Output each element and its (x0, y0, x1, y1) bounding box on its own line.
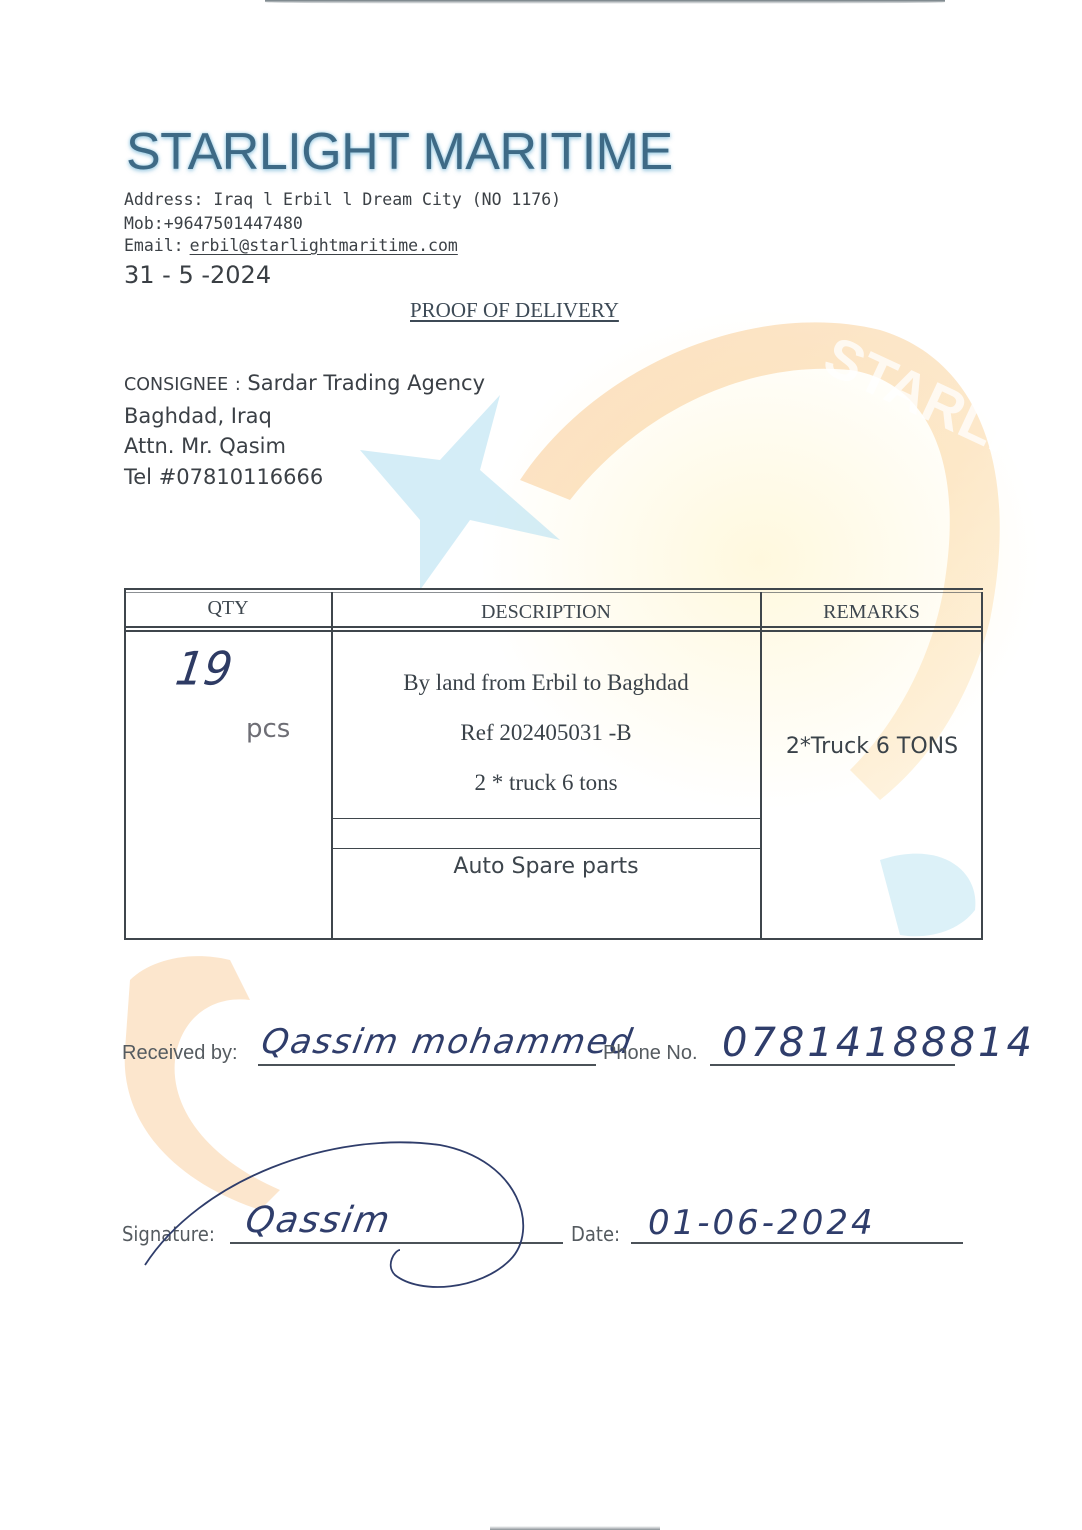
header-remarks: REMARKS (761, 592, 982, 632)
mobile-value: +9647501447480 (164, 214, 303, 233)
scan-edge-top (265, 0, 945, 4)
company-mobile: Mob:+9647501447480 (124, 214, 303, 233)
table-border-left (124, 588, 126, 940)
description-line-2: Ref 202405031 -B (332, 720, 760, 746)
consignee-name: Sardar Trading Agency (247, 371, 485, 395)
scan-edge-bottom (490, 1526, 660, 1530)
description-goods: Auto Spare parts (332, 854, 760, 879)
email-label: Email: (124, 236, 184, 255)
date-value[interactable]: 01-06-2024 (648, 1203, 876, 1243)
description-row-separator-2 (332, 848, 760, 849)
received-by-label: Received by: (122, 1042, 238, 1065)
header-qty: QTY (124, 588, 332, 628)
header-description: DESCRIPTION (332, 592, 760, 632)
description-row-separator-1 (332, 818, 760, 819)
company-email: Email:erbil@starlightmaritime.com (124, 236, 458, 255)
consignee-block: CONSIGNEE : Sardar Trading Agency Baghda… (124, 368, 485, 492)
signature-label: Signature: (122, 1222, 215, 1246)
table-border-right (981, 592, 983, 940)
signature-line (230, 1242, 563, 1244)
address-label: Address: (124, 190, 203, 209)
company-address: Address: Iraq l Erbil l Dream City (NO 1… (124, 190, 561, 209)
signature-value[interactable]: Qassim (242, 1200, 394, 1241)
received-by-value[interactable]: Qassim mohammed (258, 1022, 637, 1062)
consignee-name-line: CONSIGNEE : Sardar Trading Agency (124, 368, 485, 401)
document-date: 31 - 5 -2024 (124, 261, 271, 289)
address-value: Iraq l Erbil l Dream City (NO 1176) (213, 190, 561, 209)
received-by-line (258, 1064, 596, 1066)
consignee-separator: : (235, 375, 241, 395)
table-border-bottom (124, 938, 983, 940)
email-link[interactable]: erbil@starlightmaritime.com (184, 236, 458, 255)
column-separator-2 (760, 592, 762, 940)
remarks-value: 2*Truck 6 TONS (762, 734, 982, 759)
qty-value-handwritten: 19 (172, 643, 236, 697)
delivery-table: QTY DESCRIPTION REMARKS 19 pcs By land f… (124, 588, 983, 940)
consignee-tel: Tel #07810116666 (124, 462, 485, 493)
column-separator-1 (331, 592, 333, 940)
consignee-label: CONSIGNEE (124, 375, 228, 395)
phone-label: Phone No. (603, 1042, 698, 1065)
description-line-1: By land from Erbil to Baghdad (332, 670, 760, 696)
document-title: PROOF OF DELIVERY (410, 298, 619, 323)
date-label: Date: (571, 1222, 620, 1246)
watermark-text: STARLIGHT (815, 324, 1082, 515)
company-name: STARLIGHT MARITIME (126, 122, 673, 182)
consignee-city: Baghdad, Iraq (124, 401, 485, 432)
phone-value[interactable]: 07814188814 (722, 1020, 1035, 1066)
description-line-3: 2 * truck 6 tons (332, 770, 760, 796)
qty-unit: pcs (246, 714, 290, 744)
consignee-attention: Attn. Mr. Qasim (124, 431, 485, 462)
mobile-label: Mob: (124, 214, 164, 233)
